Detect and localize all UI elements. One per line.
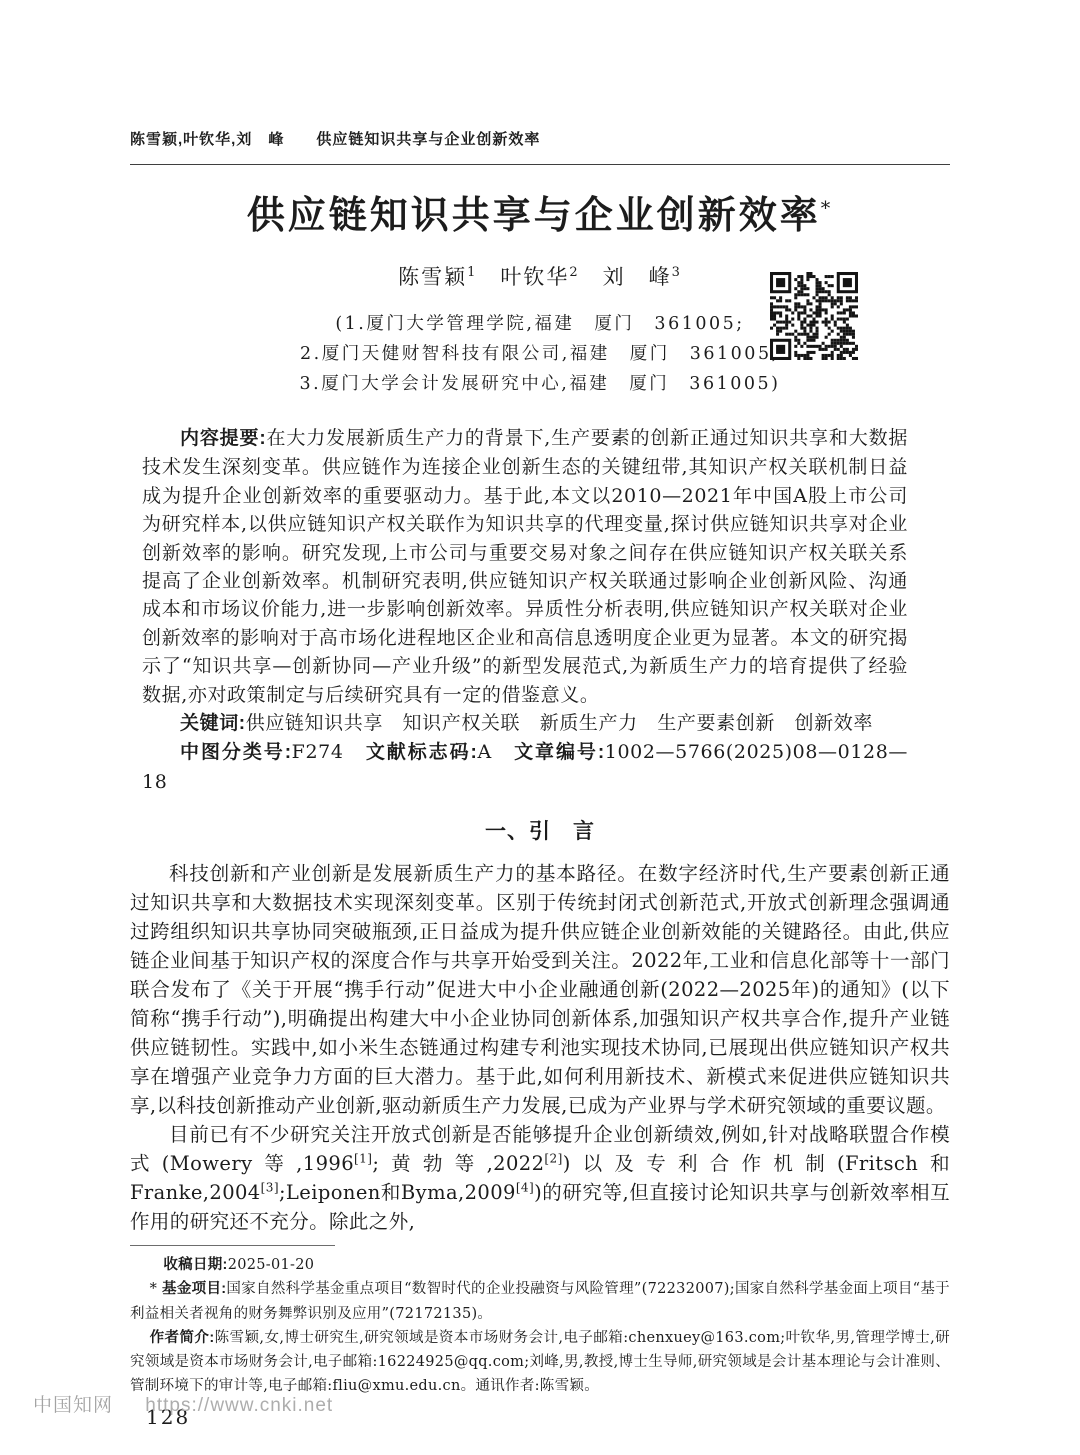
abstract-block: 内容提要:在大力发展新质生产力的背景下,生产要素的创新正通过知识共享和大数据技术… xyxy=(142,424,908,796)
paper-page: 陈雪颖,叶钦华,刘 峰 供应链知识共享与企业创新效率 供应链知识共享与企业创新效… xyxy=(0,0,1080,1455)
watermark-site-name: 中国知网 xyxy=(33,1395,113,1416)
paragraph-1: 科技创新和产业创新是发展新质生产力的基本路径。在数字经济时代,生产要素创新正通过… xyxy=(130,859,950,1120)
footnote-divider xyxy=(130,1245,335,1246)
qr-code-image xyxy=(770,272,858,360)
abstract-label: 内容提要: xyxy=(180,428,266,449)
keywords-list: 供应链知识共享 知识产权关联 新质生产力 生产要素创新 创新效率 xyxy=(246,712,873,734)
clc-label: 中图分类号: xyxy=(180,742,292,763)
received-date-line: 收稿日期:2025-01-20 xyxy=(130,1253,950,1277)
running-head: 陈雪颖,叶钦华,刘 峰 供应链知识共享与企业创新效率 xyxy=(130,131,950,165)
article-title: 供应链知识共享与企业创新效率* xyxy=(130,191,950,239)
footnote-area: 收稿日期:2025-01-20 * 基金项目:国家自然科学基金重点项目“数智时代… xyxy=(130,1245,950,1398)
section-heading-introduction: 一、引 言 xyxy=(130,818,950,844)
doc-code-label: 文献标志码: xyxy=(366,742,478,763)
paragraph-2: 目前已有不少研究关注开放式创新是否能够提升企业创新绩效,例如,针对战略联盟合作模… xyxy=(130,1120,950,1236)
author-bio-note: 作者简介:陈雪颖,女,博士研究生,研究领域是资本市场财务会计,电子邮箱:chen… xyxy=(130,1326,950,1399)
meta-line: 中图分类号:F274 文献标志码:A 文章编号:1002—5766(2025)0… xyxy=(142,738,908,796)
watermark-url: https://www.cnki.net xyxy=(145,1395,333,1416)
received-date-value: 2025-01-20 xyxy=(228,1257,315,1273)
qr-code xyxy=(770,272,858,360)
doc-code-value: A xyxy=(477,741,491,763)
cnki-watermark: 中国知网 https://www.cnki.net xyxy=(33,1390,333,1417)
received-date-label: 收稿日期: xyxy=(163,1257,227,1273)
abstract-text: 在大力发展新质生产力的背景下,生产要素的创新正通过知识共享和大数据技术发生深刻变… xyxy=(142,427,908,706)
keywords-line: 关键词:供应链知识共享 知识产权关联 新质生产力 生产要素创新 创新效率 xyxy=(142,709,908,738)
clc-value: F274 xyxy=(292,741,344,763)
affiliation-line: 3.厦门大学会计发展研究中心,福建 厦门 361005) xyxy=(130,369,950,399)
funding-note: * 基金项目:国家自然科学基金重点项目“数智时代的企业投融资与风险管理”(722… xyxy=(130,1277,950,1325)
keywords-label: 关键词: xyxy=(180,713,246,734)
abstract-paragraph: 内容提要:在大力发展新质生产力的背景下,生产要素的创新正通过知识共享和大数据技术… xyxy=(142,424,908,709)
article-id-label: 文章编号: xyxy=(514,742,605,763)
